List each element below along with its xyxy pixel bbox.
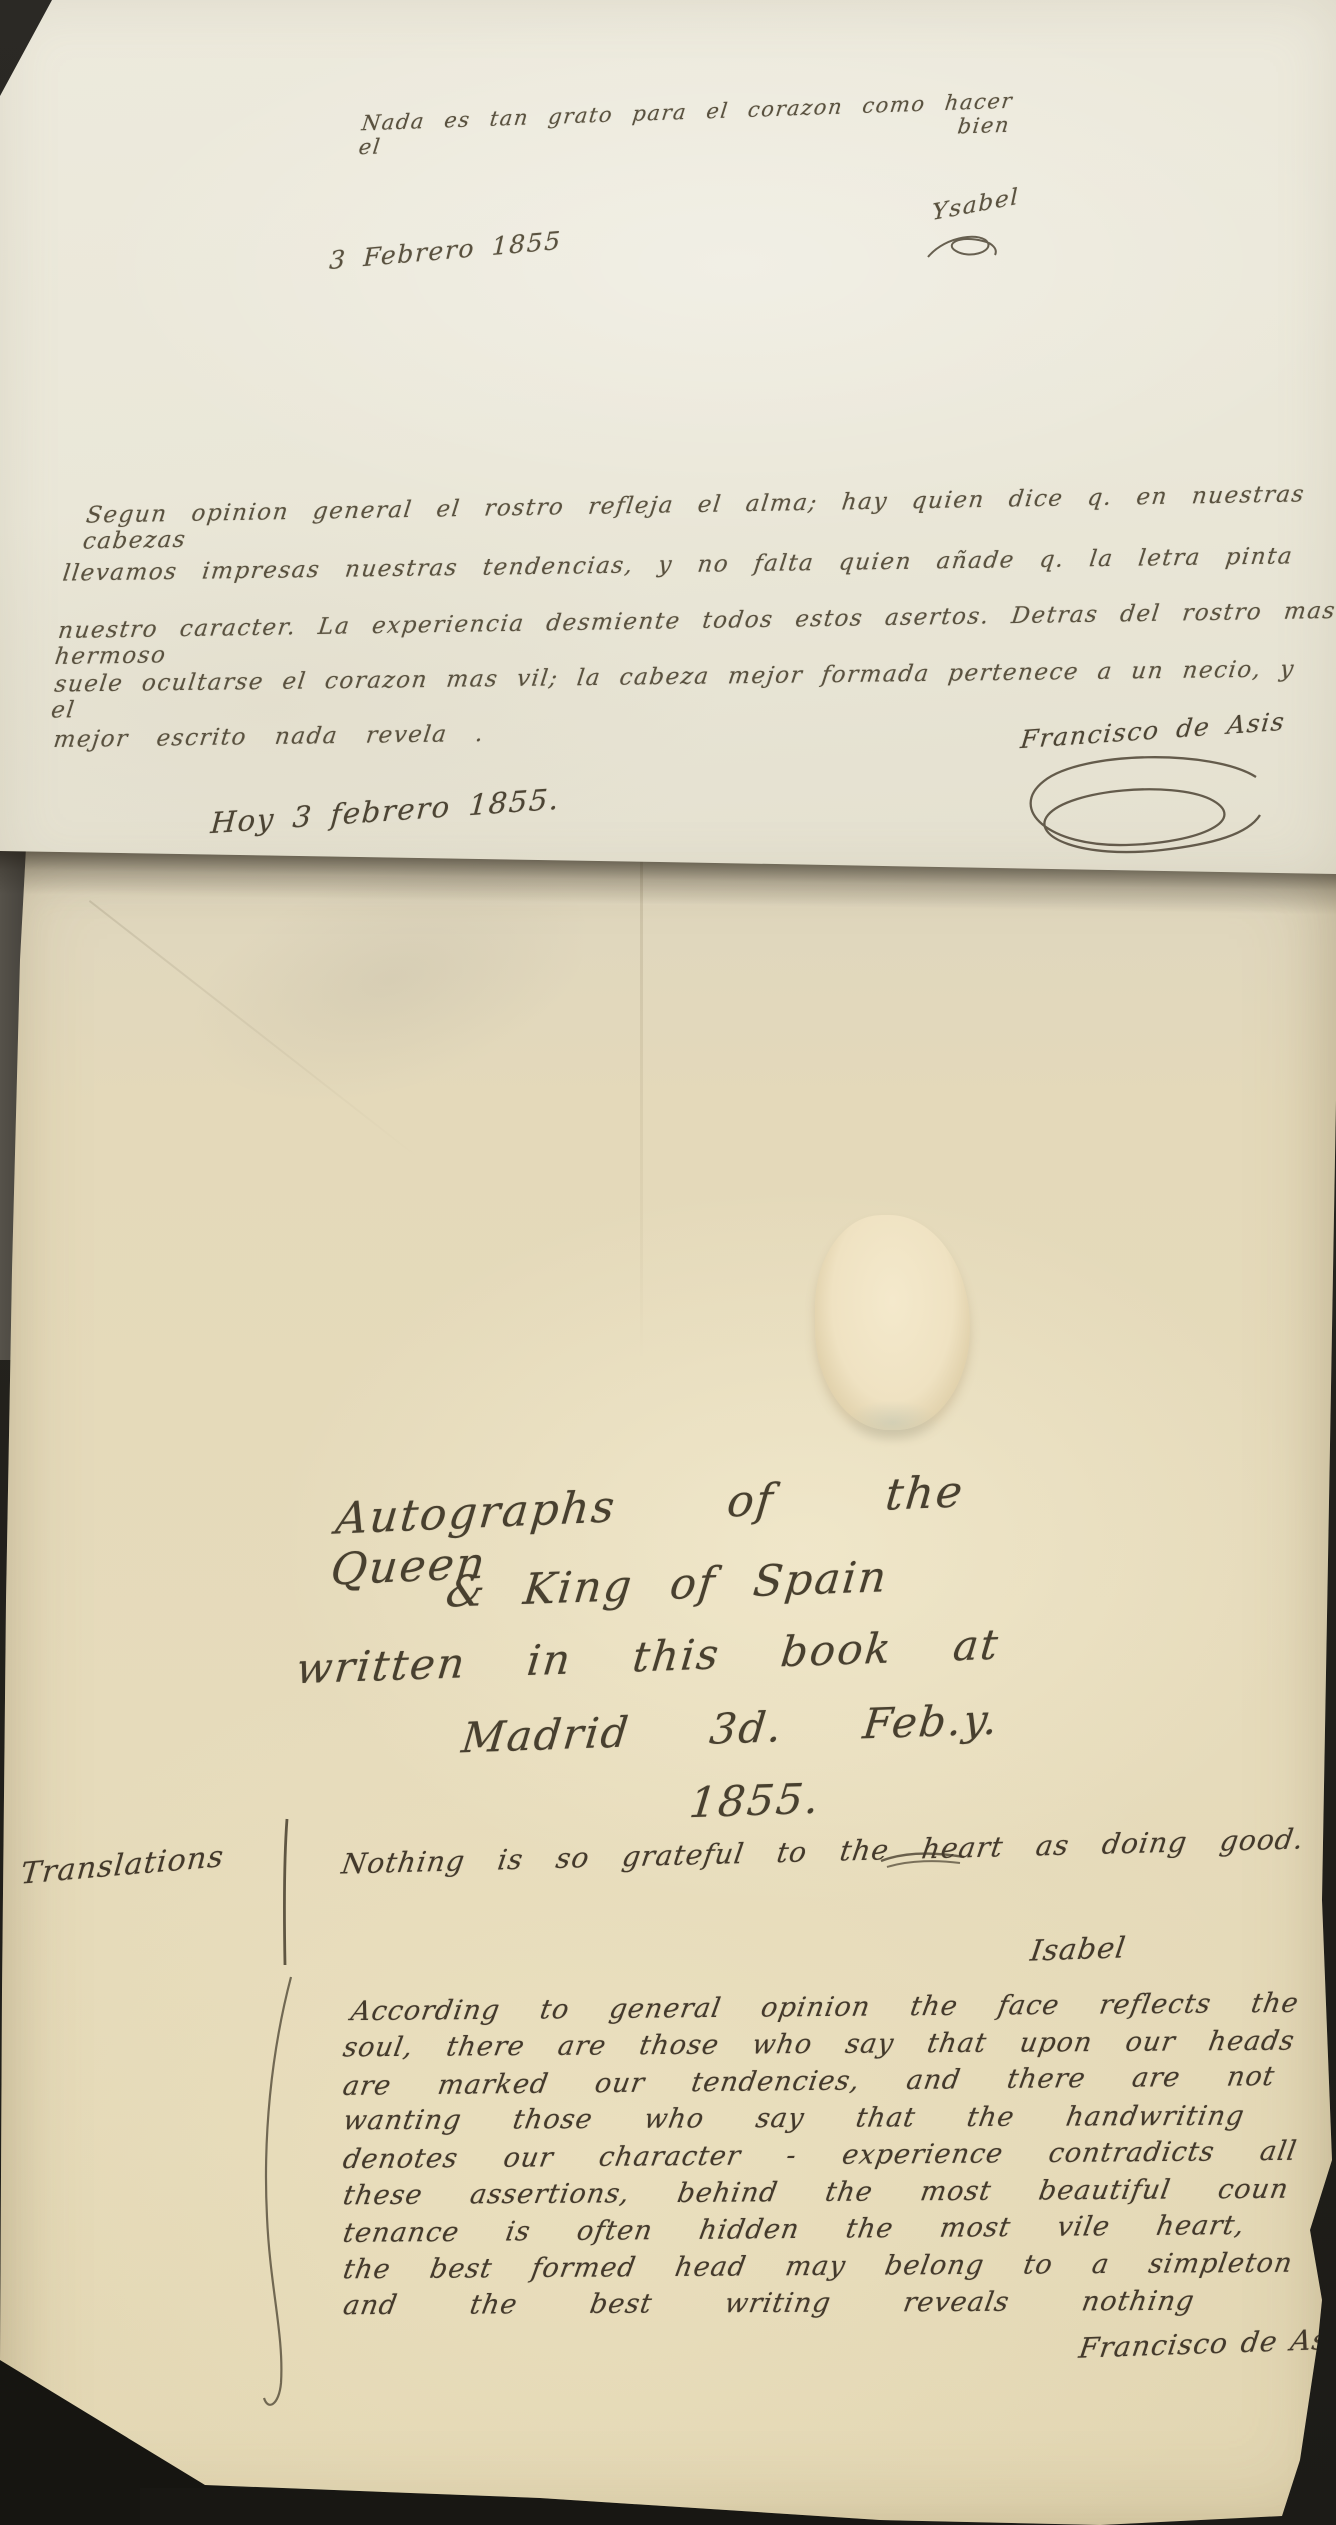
paper-crease-diagonal [89,900,421,1160]
heading-line-3: written in this book at [294,1620,1002,1693]
paper-stain-shadow [845,1400,940,1445]
francisco-signature-top: Francisco de Asis [1019,707,1287,754]
isabel-signature-translation: Isabel [1028,1930,1128,1967]
paper-crease-vertical [640,840,643,1360]
top-date-line: 3 Febrero 1855 [329,226,563,275]
english-paragraph-line-3: are marked our tendencies, and there are… [341,2061,1278,2102]
english-paragraph-line-7: tenance is often hidden the most vile he… [341,2210,1248,2249]
english-paragraph-line-5: denotes our character - experience contr… [341,2136,1300,2175]
spanish-paragraph-line-5: mejor escrito nada revela . [52,721,486,753]
heading-line-5: 1855. [652,1773,858,1829]
english-paragraph-line-2: soul, there are those who say that upon … [341,2026,1297,2064]
english-paragraph-line-4: wanting those who say that the handwriti… [341,2101,1247,2137]
isabel-signature-top: Ysabel [932,184,1020,226]
english-paragraph-line-8: the best formed head may belong to a sim… [341,2248,1295,2286]
translations-bracket [255,1815,309,2423]
english-motto-line: Nothing is so grateful to the heart as d… [339,1822,1306,1880]
document-scan: Autographs of the Queen & King of Spain … [0,0,1336,2525]
english-paragraph-line-1: According to general opinion the face re… [349,1988,1302,2027]
heading-line-4: Madrid 3d. Feb.y. [459,1695,1001,1763]
spanish-bottom-date-line: Hoy 3 febrero 1855. [210,782,562,840]
translations-label: Translations [19,1839,225,1891]
bottom-sheet: Autographs of the Queen & King of Spain … [0,840,1336,2525]
isabel-rubric-flourish [925,230,1003,268]
paper-stain [815,1215,970,1430]
francisco-signature-translation: Francisco de Asis [1077,2322,1336,2364]
francisco-rubric-flourish [1000,755,1268,863]
english-paragraph-line-9: and the best writing reveals nothing [341,2286,1197,2321]
english-paragraph-line-6: these assertions, behind the most beauti… [341,2174,1291,2212]
spanish-paragraph-line-1: Segun opinion general el rostro refleja … [81,481,1306,554]
top-sheet: Nada es tan grato para el corazon como h… [0,0,1336,880]
spanish-motto-line: Nada es tan grato para el corazon como h… [357,89,1014,160]
